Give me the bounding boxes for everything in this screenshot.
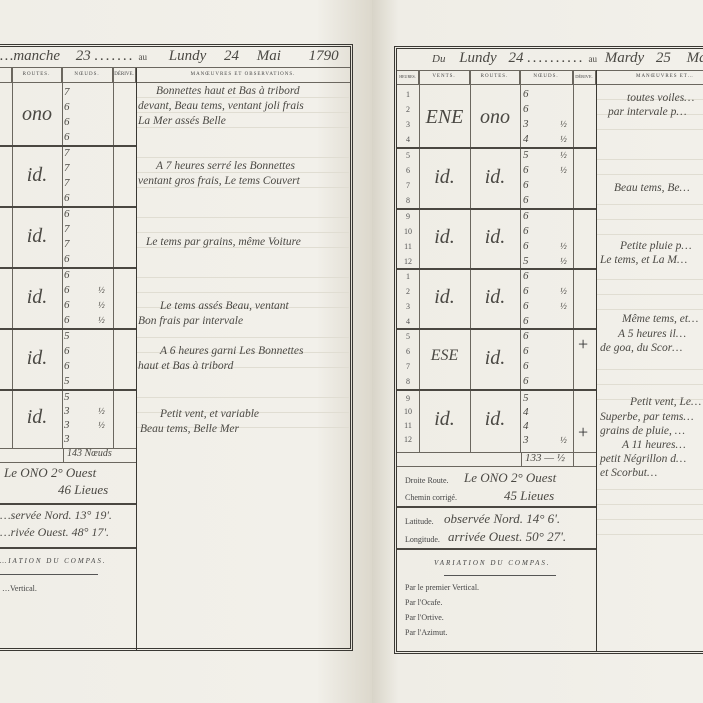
wind-value: id.	[419, 166, 470, 189]
hour-label: 7	[399, 178, 417, 193]
total-knots: 133 — ½	[525, 452, 565, 464]
knots-value: 5	[523, 254, 529, 269]
hour-label: 1	[399, 87, 417, 102]
observation-line: La Mer assés Belle	[138, 115, 226, 127]
route-value: id.	[12, 164, 62, 187]
knots-value: 6	[523, 374, 529, 389]
hour-label: 4	[399, 132, 417, 147]
knots-value: 6	[64, 313, 70, 328]
observation-line: Bon frais par intervale	[138, 315, 243, 327]
right-page: Du Lundy 24 .......... au Mardy 25 Mai H…	[372, 0, 703, 703]
month: Mai	[687, 50, 703, 66]
hour-label: 6	[399, 163, 417, 178]
hour-label: 12	[399, 254, 417, 269]
knots-value: 4	[523, 405, 529, 420]
latitude-value: …servée Nord. 13° 19'.	[0, 508, 112, 523]
to-date: 25	[656, 50, 671, 66]
knots-value: 6	[523, 269, 529, 284]
knots-value: 3	[523, 433, 529, 448]
knots-value: 6	[523, 344, 529, 359]
knots-value: 6	[64, 252, 70, 267]
from-date: 23	[76, 48, 91, 64]
observation-line: Bonnettes haut et Bas à tribord	[156, 85, 300, 97]
observation-line: Beau tems, Be…	[614, 182, 690, 194]
observation-line: toutes voiles…	[627, 92, 694, 104]
route-value: id.	[12, 406, 62, 429]
knots-value: 6	[64, 100, 70, 115]
hour-label: 10	[399, 404, 417, 419]
variation-item-premier-vertical: Par le premier Vertical.	[405, 583, 479, 592]
observation-line: Même tems, et…	[622, 313, 698, 325]
hour-label: 6	[399, 344, 417, 359]
fraction-value: ½	[98, 298, 105, 313]
knots-value: 7	[64, 222, 70, 237]
knots-value: 5	[523, 391, 529, 406]
fraction-value: ½	[560, 299, 567, 314]
route-value: ono	[12, 103, 62, 126]
wind-value: ENE	[419, 106, 470, 129]
chemin-corrige-label: Chemin corrigé.	[405, 493, 457, 502]
observation-line: Le tems, et La M…	[600, 254, 687, 266]
route-value: id.	[470, 408, 520, 431]
knots-value: 6	[64, 298, 70, 313]
droite-route-value: Le ONO 2° Ouest	[464, 470, 556, 486]
variation-item: …Vertical.	[2, 584, 37, 593]
variation-item-ocafe: Par l'Ocafe.	[405, 598, 442, 607]
knots-value: 4	[523, 419, 529, 434]
hour-label: 9	[399, 209, 417, 224]
knots-value: 6	[64, 268, 70, 283]
knots-value: 6	[523, 329, 529, 344]
knots-value: 5	[64, 390, 70, 405]
knots-value: 4	[523, 132, 529, 147]
hour-label: 12	[399, 432, 417, 447]
knots-value: 6	[64, 207, 70, 222]
knots-value: 7	[64, 161, 70, 176]
observation-line: Superbe, par tems…	[600, 411, 694, 423]
left-page: …manche 23 ....... au Lundy 24 Mai 1790 …	[0, 0, 372, 703]
knots-value: 6	[523, 299, 529, 314]
right-title: Du Lundy 24 .......... au Mardy 25 Mai	[432, 50, 703, 67]
observation-line: Le tems assés Beau, ventant	[160, 300, 289, 312]
route-value: id.	[470, 286, 520, 309]
variation-title: VARIATION DU COMPAS.	[434, 559, 551, 567]
observation-line: Petite pluie p…	[620, 240, 692, 252]
fraction-value: ½	[560, 163, 567, 178]
knots-value: 5	[523, 148, 529, 163]
knots-value: 5	[64, 329, 70, 344]
fraction-value: ½	[98, 283, 105, 298]
observation-line: A 6 heures garni Les Bonnettes	[160, 345, 303, 357]
fraction-value: ½	[560, 284, 567, 299]
route-value: id.	[470, 347, 520, 370]
knots-value: 6	[64, 130, 70, 145]
observation-line: par intervale p…	[608, 106, 687, 118]
col-vents: VENTS.	[419, 70, 470, 84]
to-day: Lundy	[169, 48, 207, 64]
year: 1790	[309, 48, 339, 64]
route-value: id.	[12, 286, 62, 309]
fraction-value: ½	[98, 404, 105, 419]
from-label: Du	[432, 53, 445, 65]
knots-value: 5	[64, 374, 70, 389]
wind-value: ESE	[419, 347, 470, 365]
col-noeuds: NŒUDS.	[520, 70, 573, 84]
chemin-corrige-value: 46 Lieues	[58, 482, 108, 498]
right-header-row: HEURES. VENTS. ROUTES. NŒUDS. DÉRIVE. MA…	[397, 70, 703, 84]
route-value: id.	[470, 226, 520, 249]
knots-value: 3	[64, 418, 70, 433]
observation-line: et Scorbut…	[600, 467, 657, 479]
knots-value: 6	[523, 193, 529, 208]
hour-label: 10	[399, 224, 417, 239]
route-value: id.	[12, 347, 62, 370]
observation-line: A 11 heures…	[622, 439, 686, 451]
col-routes: ROUTES.	[470, 70, 520, 84]
observation-line: haut et Bas à tribord	[138, 360, 233, 372]
hour-label: 8	[399, 193, 417, 208]
observation-line: de goa, du Scor…	[600, 342, 682, 354]
longitude-value: …rivée Ouest. 48° 17'.	[0, 525, 109, 540]
left-title: …manche 23 ....... au Lundy 24 Mai 1790	[0, 48, 339, 65]
observation-line: grains de pluie, …	[600, 425, 685, 437]
knots-value: 6	[64, 115, 70, 130]
fraction-value: ½	[560, 117, 567, 132]
hour-label: 1	[399, 269, 417, 284]
hour-label: 11	[399, 239, 417, 254]
observation-line: ventant gros frais, Le tems Couvert	[138, 175, 300, 187]
knots-value: 3	[64, 404, 70, 419]
wind-value: id.	[419, 286, 470, 309]
to-day: Mardy	[605, 50, 644, 66]
knots-value: 6	[523, 359, 529, 374]
col-routes: ROUTES.	[12, 68, 62, 82]
knots-value: 3	[523, 117, 529, 132]
col-derive: DÉRIVE.	[573, 70, 596, 84]
total-knots: 143 Nœuds	[67, 448, 112, 459]
latitude-label: Latitude.	[405, 517, 434, 526]
fraction-value: ½	[560, 132, 567, 147]
knots-value: 7	[64, 85, 70, 100]
knots-value: 6	[523, 314, 529, 329]
knots-value: 7	[64, 237, 70, 252]
chemin-corrige-value: 45 Lieues	[504, 488, 554, 504]
knots-value: 6	[523, 87, 529, 102]
knots-value: 6	[523, 284, 529, 299]
observation-line: Petit vent, Le…	[630, 396, 701, 408]
observation-line: A 5 heures il…	[618, 328, 686, 340]
fraction-value: ½	[560, 239, 567, 254]
from-day: Lundy	[459, 50, 497, 66]
longitude-value: arrivée Ouest. 50° 27'.	[448, 529, 566, 545]
from-day: …manche	[0, 48, 60, 64]
observation-line: Petit vent, et variable	[160, 408, 259, 420]
col-noeuds: NŒUDS.	[62, 68, 113, 82]
derive-cross-icon: +	[578, 422, 588, 443]
latitude-value: observée Nord. 14° 6'.	[444, 511, 560, 527]
variation-item-ortive: Par l'Ortive.	[405, 613, 444, 622]
hour-label: 2	[399, 102, 417, 117]
derive-cross-icon: +	[578, 334, 588, 355]
hour-label: 4	[399, 314, 417, 329]
col-heures: HEURES.	[397, 70, 419, 84]
knots-value: 6	[523, 102, 529, 117]
route-value: ono	[470, 106, 520, 129]
fraction-value: ½	[560, 433, 567, 448]
left-header-row: ROUTES. NŒUDS. DÉRIVE. MANŒUVRES ET OBSE…	[0, 68, 350, 82]
knots-value: 3	[64, 432, 70, 447]
from-date: 24	[508, 50, 523, 66]
month: Mai	[257, 48, 281, 64]
droite-route-value: Le ONO 2° Ouest	[4, 465, 96, 481]
knots-value: 6	[523, 239, 529, 254]
to-label: au	[588, 54, 597, 64]
variation-title: …IATION DU COMPAS.	[0, 557, 107, 565]
knots-value: 6	[64, 359, 70, 374]
hour-label: 3	[399, 117, 417, 132]
route-value: id.	[12, 225, 62, 248]
knots-value: 6	[64, 191, 70, 206]
knots-value: 7	[64, 176, 70, 191]
hour-label: 11	[399, 418, 417, 433]
observation-line: Le tems par grains, même Voiture	[146, 236, 301, 248]
knots-value: 6	[523, 209, 529, 224]
knots-value: 6	[64, 283, 70, 298]
fraction-value: ½	[560, 148, 567, 163]
hour-label: 2	[399, 284, 417, 299]
hour-label: 5	[399, 148, 417, 163]
hour-label: 3	[399, 299, 417, 314]
to-date: 24	[224, 48, 239, 64]
knots-value: 6	[523, 224, 529, 239]
fraction-value: ½	[98, 418, 105, 433]
to-label: au	[139, 52, 148, 62]
fraction-value: ½	[98, 313, 105, 328]
variation-item-azimut: Par l'Azimut.	[405, 628, 447, 637]
route-value: id.	[470, 166, 520, 189]
droite-route-label: Droite Route.	[405, 476, 449, 485]
knots-value: 7	[64, 146, 70, 161]
longitude-label: Longitude.	[405, 535, 440, 544]
knots-value: 6	[523, 163, 529, 178]
wind-value: id.	[419, 408, 470, 431]
observation-line: Beau tems, Belle Mer	[140, 423, 239, 435]
observation-line: A 7 heures serré les Bonnettes	[156, 160, 295, 172]
hour-label: 5	[399, 329, 417, 344]
observation-line: devant, Beau tems, ventant joli frais	[138, 100, 304, 112]
knots-value: 6	[64, 344, 70, 359]
wind-value: id.	[419, 226, 470, 249]
observation-line: petit Négrillon d…	[600, 453, 686, 465]
col-observations: MANŒUVRES ET…	[596, 70, 703, 84]
col-derive: DÉRIVE.	[113, 68, 136, 82]
col-observations: MANŒUVRES ET OBSERVATIONS.	[136, 68, 350, 82]
knots-value: 6	[523, 178, 529, 193]
fraction-value: ½	[560, 254, 567, 269]
hour-label: 7	[399, 359, 417, 374]
hour-label: 8	[399, 374, 417, 389]
